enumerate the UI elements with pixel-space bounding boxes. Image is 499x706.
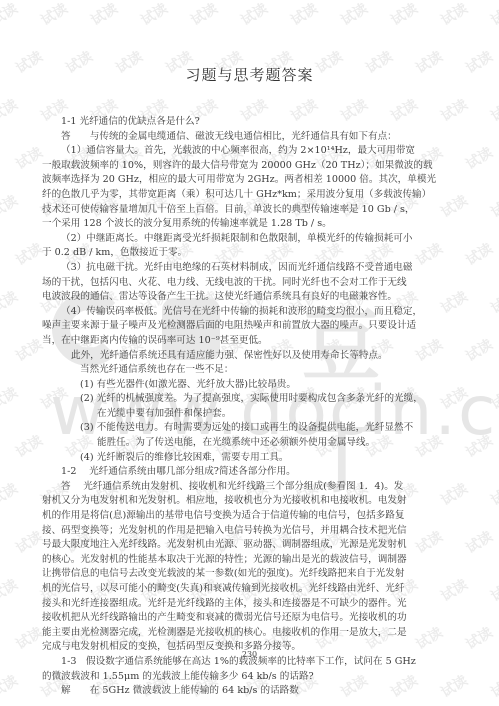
text-line: （1）通信容量大。首先，光载波的中心频率很高，约为 2×10¹⁴Hz，最大可用带… bbox=[42, 144, 460, 159]
text-line: (2) 光纤的机械强度差。为了提高强度，实际使用时要构成包含多条光纤的光缆， bbox=[42, 392, 460, 407]
text-line: 机的光信号，以尽可能小的畸变(失真)和衰减传输到光接收机。光纤线路由光纤、光纤 bbox=[42, 582, 460, 597]
document-body: 1-1 光纤通信的优缺点各是什么?答 与传统的金属电缆通信、磁波无线电通信相比，… bbox=[42, 115, 460, 699]
text-line: 在光缆中要有加强件和保护套。 bbox=[42, 407, 460, 422]
text-line: 一个采用 128 个波长的波分复用系统的传输速率就是 1.28 Tb / s。 bbox=[42, 217, 460, 232]
text-line: 当，在中继距离内传输的误码率可达 10⁻⁹甚至更低。 bbox=[42, 334, 460, 349]
text-line: 一般取载波频率的 10%，则容许的最大信号带宽为 20000 GHz（20 TH… bbox=[42, 159, 460, 174]
text-line: （3）抗电磁干扰。光纤由电绝缘的石英材料制成，因而光纤通信线路不受普通电磁 bbox=[42, 261, 460, 276]
text-line: 纤的色散几乎为零，其带宽距离（乘）积可达几十 GHz*km；采用波分复用（多载波… bbox=[42, 188, 460, 203]
text-line: 解 在 5GHz 微波载波上能传输的 64 kb/s 的话路数 bbox=[42, 684, 460, 699]
text-line: 电波波段的通信、雷达等设备产生干扰。这使光纤通信系统具有良好的电磁兼容性。 bbox=[42, 290, 460, 305]
text-line: 1-2 光纤通信系统由哪几部分组成?简述各部分作用。 bbox=[42, 465, 460, 480]
text-line: 技术还可使传输容量增加几十倍至上百倍。目前，单波长的典型传输速率是 10 Gb … bbox=[42, 203, 460, 218]
text-line: 答 光纤通信系统由发射机、接收机和光纤线路三个部分组成(参看图 1．4)。发 bbox=[42, 480, 460, 495]
text-line: 此外，光纤通信系统还具有适应能力强、保密性好以及使用寿命长等特点。 bbox=[42, 349, 460, 364]
text-line: 当然光纤通信系统也存在一些不足： bbox=[42, 363, 460, 378]
text-line: 1-1 光纤通信的优缺点各是什么? bbox=[42, 115, 460, 130]
page-number: 230 bbox=[0, 650, 499, 659]
document-page: 习题与思考题答案 1-1 光纤通信的优缺点各是什么?答 与传统的金属电缆通信、磁… bbox=[0, 0, 499, 706]
text-line: 机的作用是将信(息)源输出的基带电信号变换为适合于信道传输的电信号，包括多路复 bbox=[42, 509, 460, 524]
text-line: 波频率选择为 20 GHz，相应的最大可用带宽为 2GHz。两者相差 10000… bbox=[42, 173, 460, 188]
text-line: 能主要由光检测器完成，光检测器是光接收机的核心。电接收机的作用一是放大，二是 bbox=[42, 626, 460, 641]
text-line: （4）传输误码率极低。光信号在光纤中传输的损耗和波形的畸变均很小，而且稳定， bbox=[42, 305, 460, 320]
text-line: 的核心。光发射机的性能基本取决于光源的特性；光源的输出是光的载波信号，调制器 bbox=[42, 553, 460, 568]
text-line: 接收机把从光纤线路输出的产生畸变和衰减的微弱光信号还原为电信号。光接收机的功 bbox=[42, 611, 460, 626]
page-title: 习题与思考题答案 bbox=[0, 64, 499, 85]
text-line: 号最大限度地注入光纤线路。光发射机由光源、驱动器、调制器组成，光源是光发射机 bbox=[42, 538, 460, 553]
text-line: (1) 有些光器件(如激光器、光纤放大器)比较昂贵。 bbox=[42, 378, 460, 393]
text-line: 接头和光纤连接器组成。光纤是光纤线路的主体，接头和连接器是不可缺少的器件。光 bbox=[42, 597, 460, 612]
text-line: 噪声主要来源于量子噪声及光检测器后面的电阻热噪声和前置放大器的噪声。只要设计适 bbox=[42, 319, 460, 334]
text-line: (4) 光纤断裂后的维修比较困难，需要专用工具。 bbox=[42, 451, 460, 466]
text-line: 让携带信息的电信号去改变光载波的某一参数(如光的强度)。光纤线路把来自于光发射 bbox=[42, 567, 460, 582]
text-line: 接、码型变换等；光发射机的作用是把输入电信号转换为光信号，并用耦合技术把光信 bbox=[42, 524, 460, 539]
text-line: 的微波载波和 1.55μm 的光载波上能传输多少 64 kb/s 的话路? bbox=[42, 670, 460, 685]
text-line: (3) 不能传送电力。有时需要为远处的接口或再生的设备提供电能，光纤显然不 bbox=[42, 421, 460, 436]
text-line: 射机又分为电发射机和光发射机。相应地，接收机也分为光接收机和电接收机。电发射 bbox=[42, 494, 460, 509]
text-line: 场的干扰，包括闪电、火花、电力线、无线电波的干扰。同时光纤也不会对工作于无线 bbox=[42, 276, 460, 291]
text-line: 于 0.2 dB / km，色散接近于零。 bbox=[42, 246, 460, 261]
text-line: 能胜任。为了传送电能，在光缆系统中还必须额外使用金属导线。 bbox=[42, 436, 460, 451]
text-line: （2）中继距离长。中继距离受光纤损耗限制和色散限制，单模光纤的传输损耗可小 bbox=[42, 232, 460, 247]
text-line: 答 与传统的金属电缆通信、磁波无线电通信相比，光纤通信具有如下有点： bbox=[42, 130, 460, 145]
